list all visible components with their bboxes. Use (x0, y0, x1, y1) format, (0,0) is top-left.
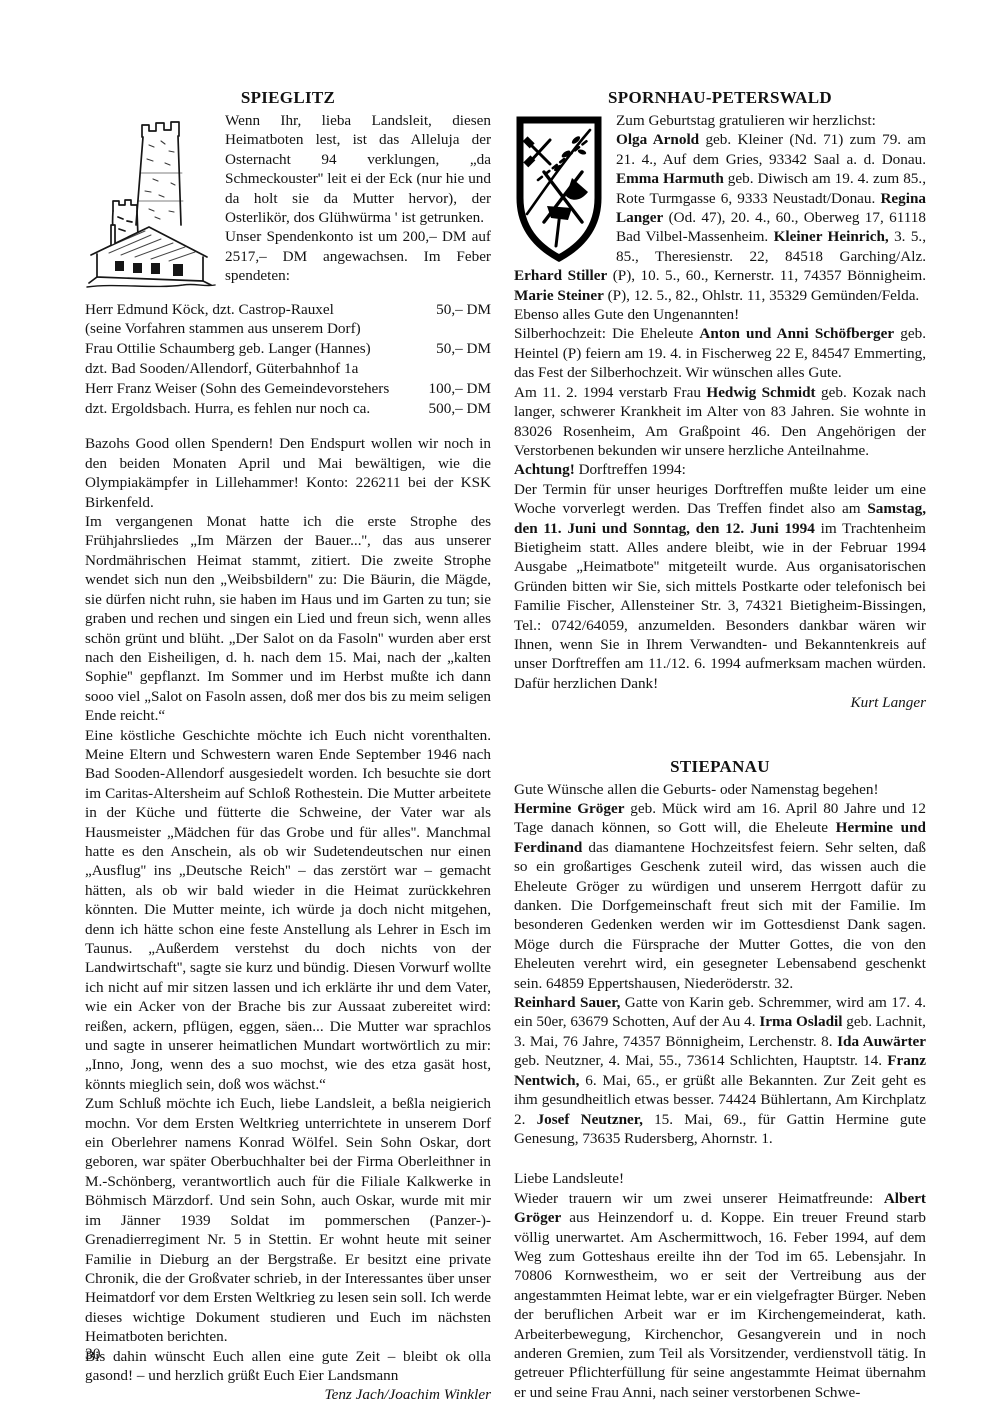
newsletter-page: SPIEGLITZ (0, 0, 1000, 1412)
section-heading-stiepanau: STIEPANAU (514, 757, 926, 777)
donor-row: Frau Ottilie Schaumberg geb. Langer (Han… (85, 339, 491, 359)
signature-spornhau: Kurt Langer (514, 693, 926, 712)
paragraph: Reinhard Sauer, Gatte von Karin geb. Sch… (514, 993, 926, 1148)
paragraph: Bazohs Good ollen Spendern! Den Endspurt… (85, 434, 491, 512)
page-number: 30 (85, 1346, 101, 1364)
donor-row: Herr Edmund Köck, dzt. Castrop-Rauxel50,… (85, 300, 491, 320)
donor-name: dzt. Bad Sooden/Allendorf, Güterbahnhof … (85, 359, 358, 379)
paragraph: Achtung! Dorftreffen 1994: (514, 460, 926, 479)
donor-name: Herr Edmund Köck, dzt. Castrop-Rauxel (85, 300, 334, 320)
paragraph: Gute Wünsche allen die Geburts- oder Nam… (514, 780, 926, 799)
donation-amount: 500,– DM (419, 399, 491, 419)
stiepanau-text: Gute Wünsche allen die Geburts- oder Nam… (514, 780, 926, 1149)
paragraph: Wieder trauern wir um zwei unserer Heima… (514, 1189, 926, 1402)
castle-tower-illustration (85, 113, 217, 291)
obituary-text: Liebe Landsleute!Wieder trauern wir um z… (514, 1169, 926, 1402)
donation-amount: 50,– DM (426, 339, 491, 359)
paragraph: Im vergangenen Monat hatte ich die erste… (85, 512, 491, 725)
signature-spieglitz: Tenz Jach/Joachim Winkler (85, 1385, 491, 1404)
paragraph: Der Termin für unser heuriges Dorftreffe… (514, 480, 926, 693)
donor-name: Frau Ottilie Schaumberg geb. Langer (Han… (85, 339, 371, 359)
paragraph: Am 11. 2. 1994 verstarb Frau Hedwig Schm… (514, 383, 926, 461)
left-column: SPIEGLITZ (85, 88, 491, 1405)
paragraph: Eine köstliche Geschichte möchte ich Euc… (85, 726, 491, 1095)
paragraph: Zum Schluß möchte ich Euch, liebe Landsl… (85, 1094, 491, 1346)
coat-of-arms-illustration (514, 114, 604, 264)
paragraph: Bis dahin wünscht Euch allen eine gute Z… (85, 1347, 491, 1386)
donor-name: Herr Franz Weiser (Sohn des Gemeindevors… (85, 379, 389, 399)
paragraph: Silberhochzeit: Die Eheleute Anton und A… (514, 324, 926, 382)
crest-drawing (514, 114, 604, 264)
donor-name: (seine Vorfahren stammen aus unserem Dor… (85, 319, 361, 339)
section-heading-spieglitz: SPIEGLITZ (85, 88, 491, 108)
spieglitz-intro: Wenn Ihr, lieba Landsleit, diesen Heimat… (85, 111, 491, 286)
donor-row: dzt. Ergoldsbach. Hurra, es fehlen nur n… (85, 399, 491, 419)
castle-drawing (85, 113, 217, 291)
donor-row: dzt. Bad Sooden/Allendorf, Güterbahnhof … (85, 359, 491, 379)
donor-row: Herr Franz Weiser (Sohn des Gemeindevors… (85, 379, 491, 399)
paragraph: Ebenso alles Gute den Ungenannten! (514, 305, 926, 324)
right-column: SPORNHAU-PETERSWALD (514, 88, 926, 1402)
donation-list: Herr Edmund Köck, dzt. Castrop-Rauxel50,… (85, 300, 491, 419)
donation-amount: 100,– DM (419, 379, 491, 399)
spornhau-text: Zum Geburtstag gratulieren wir herzlichs… (514, 111, 926, 693)
paragraph: Liebe Landsleute! (514, 1169, 926, 1188)
donation-amount: 50,– DM (426, 300, 491, 320)
paragraph: Hermine Gröger geb. Mück wird am 16. Apr… (514, 799, 926, 993)
donor-row: (seine Vorfahren stammen aus unserem Dor… (85, 319, 491, 339)
section-heading-spornhau: SPORNHAU-PETERSWALD (514, 88, 926, 108)
donor-name: dzt. Ergoldsbach. Hurra, es fehlen nur n… (85, 399, 370, 419)
spieglitz-article: Bazohs Good ollen Spendern! Den Endspurt… (85, 434, 491, 1385)
